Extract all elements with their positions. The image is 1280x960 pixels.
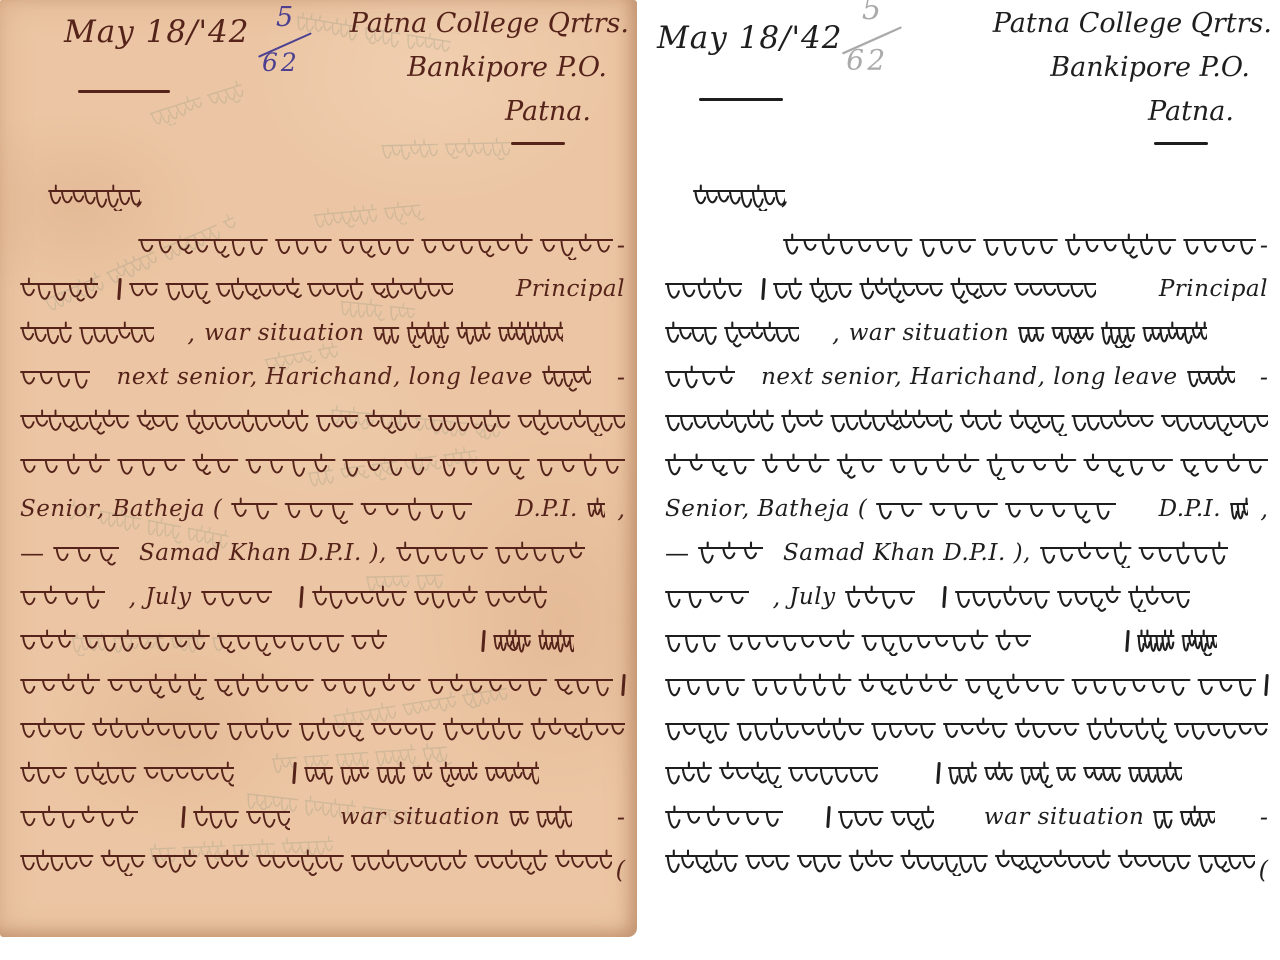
bengali-script-segment xyxy=(665,673,1256,700)
bengali-script-segment xyxy=(773,277,1150,304)
bengali-script-segment xyxy=(129,277,507,304)
bengali-script-segment xyxy=(665,761,928,788)
body-line xyxy=(20,409,625,436)
address-block: Patna College Qrtrs. Bankipore P.O. Patn… xyxy=(993,2,1272,145)
file-number: 5 62 xyxy=(250,4,320,96)
address-line-2: Bankipore P.O. xyxy=(1050,46,1250,90)
bengali-script-segment xyxy=(665,365,752,392)
latin-script-segment: Senior, Batheja ( xyxy=(20,497,222,522)
trailing-punct-mark: , xyxy=(187,321,195,345)
bengali-script-segment xyxy=(1153,805,1256,832)
body-line: —Samad Khan D.P.I. ), xyxy=(665,541,1268,568)
address-underline xyxy=(511,142,565,145)
body-line: ( xyxy=(20,849,625,876)
body-line: next senior, Harichand, long leave- xyxy=(665,365,1268,392)
latin-script-segment: Samad Khan D.P.I. ), xyxy=(139,541,387,566)
latin-script-segment: next senior, Harichand, long leave xyxy=(117,365,534,390)
trailing-punct-mark: - xyxy=(617,365,625,389)
date-block: May 18/'42 xyxy=(657,20,842,56)
bengali-script-segment xyxy=(509,805,613,832)
bengali-script-segment xyxy=(665,409,1268,436)
body-line xyxy=(20,453,625,480)
danda-mark xyxy=(181,806,185,828)
latin-script-segment: war situation xyxy=(984,805,1144,830)
latin-script-segment: war situation xyxy=(849,321,1009,346)
trailing-punct-mark: - xyxy=(1260,365,1268,389)
body-line: next senior, Harichand, long leave- xyxy=(20,365,625,392)
body-line: —Samad Khan D.P.I. ), xyxy=(20,541,625,568)
bengali-script-segment xyxy=(20,629,473,656)
salutation-line: , xyxy=(20,184,625,214)
bengali-script-segment xyxy=(20,805,173,832)
danda-mark xyxy=(481,630,485,652)
body-line xyxy=(665,453,1268,480)
latin-script-segment: war situation xyxy=(204,321,364,346)
danda-mark xyxy=(622,674,626,696)
bengali-script-segment xyxy=(231,497,506,524)
bengali-script-segment xyxy=(53,541,130,568)
bengali-script-segment xyxy=(20,321,183,348)
bengali-script-segment xyxy=(1018,321,1268,348)
body-line xyxy=(665,717,1268,744)
danda-mark xyxy=(936,762,940,784)
body-line: ,war situation xyxy=(20,321,625,348)
body-line: ,July xyxy=(20,585,625,612)
address-underline xyxy=(1154,142,1208,145)
cleaned-letter-page: May 18/'42 5 62 Patna College Qrtrs. Ban… xyxy=(645,0,1280,960)
trailing-punct-mark: - xyxy=(1260,805,1268,829)
trailing-punct-mark: - xyxy=(617,805,625,829)
letter-header: May 18/'42 5 62 Patna College Qrtrs. Ban… xyxy=(645,0,1280,175)
file-number-numerator: 5 xyxy=(276,2,293,33)
file-number-denominator: 62 xyxy=(262,48,300,77)
file-number-numerator: 5 xyxy=(862,0,881,27)
trailing-punct-mark: - xyxy=(1260,233,1268,257)
body-line: ( xyxy=(665,849,1268,876)
bengali-script-segment xyxy=(948,761,1268,788)
bengali-script-segment xyxy=(783,233,1256,260)
address-line-1: Patna College Qrtrs. xyxy=(350,2,629,46)
trailing-punct-mark: , xyxy=(129,585,137,609)
letter-body: ,-Principal,war situationnext senior, Ha… xyxy=(20,184,625,876)
latin-script-segment: July xyxy=(145,585,191,610)
danda-mark xyxy=(826,806,830,828)
letter-body: ,-Principal,war situationnext senior, Ha… xyxy=(665,184,1268,876)
bengali-script-segment xyxy=(955,585,1268,612)
bengali-script-segment xyxy=(665,277,753,304)
body-line xyxy=(20,673,625,700)
latin-script-segment: war situation xyxy=(340,805,500,830)
body-line xyxy=(20,629,625,656)
body-line: - xyxy=(20,233,625,260)
latin-script-segment: July xyxy=(789,585,835,610)
bengali-script-segment xyxy=(20,673,613,700)
bengali-script-segment xyxy=(876,497,1149,524)
file-number-denominator: 62 xyxy=(846,44,888,76)
body-line: - xyxy=(665,233,1268,260)
bengali-script-segment xyxy=(665,629,1117,656)
original-letter-page: May 18/'42 5 62 Patna College Qrtrs. Ban… xyxy=(0,0,637,937)
trailing-punct-mark: , xyxy=(1260,497,1268,521)
latin-script-segment: D.P.I. xyxy=(1159,497,1221,522)
date-underline xyxy=(78,90,170,93)
body-line: war situation- xyxy=(665,805,1268,832)
body-line xyxy=(665,629,1268,656)
bengali-script-segment xyxy=(1040,541,1268,568)
danda-mark xyxy=(1265,674,1269,696)
bengali-script-segment xyxy=(396,541,625,568)
bengali-script-segment xyxy=(665,717,1268,744)
body-line: Principal xyxy=(665,277,1268,304)
trailing-punct-mark: - xyxy=(617,233,625,257)
body-line xyxy=(665,761,1268,788)
body-line: war situation- xyxy=(20,805,625,832)
scan-canvas: May 18/'42 5 62 Patna College Qrtrs. Ban… xyxy=(0,0,1280,960)
bengali-script-segment xyxy=(665,585,769,612)
trailing-punct-mark: , xyxy=(832,321,840,345)
address-block: Patna College Qrtrs. Bankipore P.O. Patn… xyxy=(350,2,629,145)
file-number: 5 62 xyxy=(833,0,911,98)
bengali-script-segment xyxy=(1187,365,1256,392)
bengali-script-segment xyxy=(838,805,975,832)
body-line xyxy=(20,717,625,744)
address-line-1: Patna College Qrtrs. xyxy=(993,2,1272,46)
latin-script-segment: Principal xyxy=(516,277,625,302)
bengali-script-segment xyxy=(665,805,818,832)
open-paren-mark: ( xyxy=(616,858,625,882)
bengali-script-segment xyxy=(1230,497,1256,524)
trailing-punct-mark: , xyxy=(773,585,781,609)
bengali-script-segment xyxy=(1137,629,1268,656)
bengali-script-segment xyxy=(20,277,109,304)
letter-header: May 18/'42 5 62 Patna College Qrtrs. Ban… xyxy=(0,0,637,175)
bengali-script-segment xyxy=(304,761,625,788)
bengali-script-segment xyxy=(20,409,625,436)
dash-mark: — xyxy=(20,541,44,565)
latin-script-segment: Principal xyxy=(1159,277,1268,302)
body-line: Senior, Batheja (D.P.I., xyxy=(20,497,625,524)
bengali-script-segment xyxy=(845,585,935,612)
danda-mark xyxy=(942,586,946,608)
bengali-script-segment xyxy=(20,849,612,876)
body-line: ,war situation xyxy=(665,321,1268,348)
bengali-script-segment xyxy=(20,453,625,480)
bengali-script-segment xyxy=(542,365,613,392)
letter-date: May 18/'42 xyxy=(657,20,842,56)
bengali-script-segment xyxy=(373,321,625,348)
danda-mark xyxy=(299,586,303,608)
bengali-script-segment xyxy=(20,761,284,788)
date-underline xyxy=(699,98,783,101)
bengali-script-segment xyxy=(48,184,140,211)
bengali-script-segment xyxy=(193,805,331,832)
bengali-script-segment xyxy=(698,541,774,568)
latin-script-segment: D.P.I. xyxy=(515,497,577,522)
open-paren-mark: ( xyxy=(1259,858,1268,882)
letter-date: May 18/'42 xyxy=(64,14,249,50)
trailing-punct-mark: , xyxy=(617,497,625,521)
bengali-script-segment xyxy=(138,233,613,260)
body-line: ,July xyxy=(665,585,1268,612)
date-block: May 18/'42 xyxy=(64,14,249,50)
dash-mark: — xyxy=(665,541,689,565)
body-line xyxy=(665,673,1268,700)
body-line xyxy=(665,409,1268,436)
address-line-3: Patna. xyxy=(1148,90,1234,134)
bengali-script-segment xyxy=(665,849,1255,876)
danda-mark xyxy=(292,762,296,784)
address-line-2: Bankipore P.O. xyxy=(407,46,607,90)
bengali-script-segment xyxy=(665,321,828,348)
body-line: Senior, Batheja (D.P.I., xyxy=(665,497,1268,524)
danda-mark xyxy=(117,278,121,300)
danda-mark xyxy=(761,278,765,300)
latin-script-segment: Samad Khan D.P.I. ), xyxy=(783,541,1031,566)
bengali-script-segment xyxy=(20,717,625,744)
latin-script-segment: Senior, Batheja ( xyxy=(665,497,867,522)
bengali-script-segment xyxy=(693,184,785,211)
salutation-line: , xyxy=(665,184,1268,214)
bengali-script-segment xyxy=(587,497,614,524)
bengali-script-segment xyxy=(493,629,625,656)
body-line xyxy=(20,761,625,788)
bengali-script-segment xyxy=(201,585,292,612)
body-line: Principal xyxy=(20,277,625,304)
address-line-3: Patna. xyxy=(505,90,591,134)
latin-script-segment: next senior, Harichand, long leave xyxy=(761,365,1178,390)
danda-mark xyxy=(1125,630,1129,652)
bengali-script-segment xyxy=(312,585,625,612)
bengali-script-segment xyxy=(20,365,108,392)
bengali-script-segment xyxy=(20,585,125,612)
bengali-script-segment xyxy=(665,453,1268,480)
